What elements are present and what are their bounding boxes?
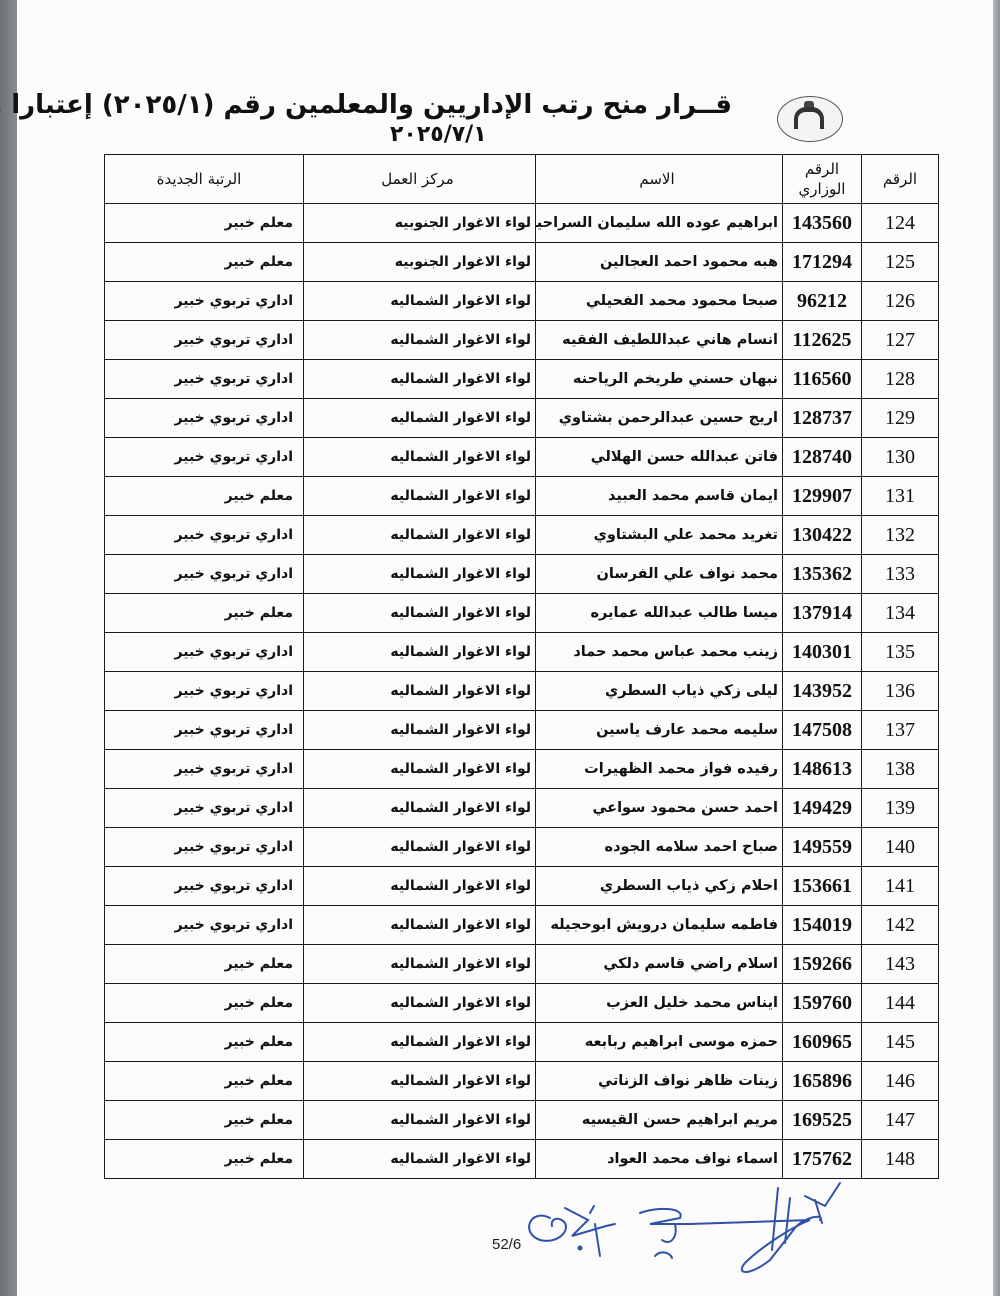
cell-ministry-number: 96212 [783, 282, 862, 321]
cell-number: 138 [862, 750, 939, 789]
cell-name: احلام زكي ذياب السطري [536, 867, 783, 906]
header-number: الرقم [862, 155, 939, 204]
cell-work-center: لواء الاغوار الشماليه [304, 282, 536, 321]
cell-number: 141 [862, 867, 939, 906]
table-header-row: الرقم الرقم الوزاري الاسم مركز العمل الر… [105, 155, 939, 204]
cell-number: 137 [862, 711, 939, 750]
cell-new-rank: اداري تربوي خبير [105, 711, 304, 750]
cell-new-rank: معلم خبير [105, 477, 304, 516]
ministry-emblem-icon [777, 96, 843, 142]
cell-work-center: لواء الاغوار الشماليه [304, 399, 536, 438]
cell-new-rank: معلم خبير [105, 945, 304, 984]
cell-new-rank: اداري تربوي خبير [105, 321, 304, 360]
cell-name: انسام هاني عبداللطيف الفقيه [536, 321, 783, 360]
cell-ministry-number: 129907 [783, 477, 862, 516]
scan-edge-right [993, 0, 1000, 1296]
cell-number: 145 [862, 1023, 939, 1062]
cell-ministry-number: 143952 [783, 672, 862, 711]
cell-number: 126 [862, 282, 939, 321]
cell-number: 143 [862, 945, 939, 984]
cell-name: فاتن عبدالله حسن الهلالي [536, 438, 783, 477]
cell-name: ايناس محمد خليل العزب [536, 984, 783, 1023]
cell-new-rank: معلم خبير [105, 243, 304, 282]
cell-new-rank: اداري تربوي خبير [105, 399, 304, 438]
cell-number: 135 [862, 633, 939, 672]
header-name: الاسم [536, 155, 783, 204]
cell-number: 140 [862, 828, 939, 867]
cell-work-center: لواء الاغوار الشماليه [304, 750, 536, 789]
cell-ministry-number: 159760 [783, 984, 862, 1023]
cell-ministry-number: 149559 [783, 828, 862, 867]
cell-work-center: لواء الاغوار الشماليه [304, 321, 536, 360]
cell-new-rank: اداري تربوي خبير [105, 516, 304, 555]
cell-work-center: لواء الاغوار الشماليه [304, 672, 536, 711]
cell-number: 133 [862, 555, 939, 594]
cell-new-rank: اداري تربوي خبير [105, 867, 304, 906]
cell-work-center: لواء الاغوار الشماليه [304, 438, 536, 477]
cell-name: احمد حسن محمود سواعي [536, 789, 783, 828]
table-row: 143159266اسلام راضي قاسم دلكيلواء الاغوا… [105, 945, 939, 984]
cell-number: 146 [862, 1062, 939, 1101]
table-row: 124143560ابراهيم عوده الله سليمان السراح… [105, 204, 939, 243]
cell-work-center: لواء الاغوار الشماليه [304, 516, 536, 555]
cell-number: 148 [862, 1140, 939, 1179]
signature-1-icon [529, 1206, 615, 1256]
table-row: 135140301زينب محمد عباس محمد حمادلواء ال… [105, 633, 939, 672]
cell-name: ميسا طالب عبدالله عمايره [536, 594, 783, 633]
cell-ministry-number: 149429 [783, 789, 862, 828]
cell-new-rank: اداري تربوي خبير [105, 906, 304, 945]
cell-name: اسلام راضي قاسم دلكي [536, 945, 783, 984]
cell-new-rank: معلم خبير [105, 204, 304, 243]
cell-number: 127 [862, 321, 939, 360]
header-new-rank: الرتبة الجديدة [105, 155, 304, 204]
table-row: 138148613رفيده فواز محمد الظهيراتلواء ال… [105, 750, 939, 789]
cell-ministry-number: 154019 [783, 906, 862, 945]
table-row: 128116560نبهان حسني طريخم الرياحنهلواء ا… [105, 360, 939, 399]
cell-work-center: لواء الاغوار الشماليه [304, 789, 536, 828]
cell-name: فاطمه سليمان درويش ابوحجيله [536, 906, 783, 945]
cell-number: 134 [862, 594, 939, 633]
cell-name: محمد نواف علي الفرسان [536, 555, 783, 594]
table-row: 142154019فاطمه سليمان درويش ابوحجيلهلواء… [105, 906, 939, 945]
cell-name: نبهان حسني طريخم الرياحنه [536, 360, 783, 399]
cell-ministry-number: 128737 [783, 399, 862, 438]
table-row: 133135362محمد نواف علي الفرسانلواء الاغو… [105, 555, 939, 594]
table-row: 147169525مريم ابراهيم حسن القيسيهلواء ال… [105, 1101, 939, 1140]
cell-name: سليمه محمد عارف ياسين [536, 711, 783, 750]
cell-number: 129 [862, 399, 939, 438]
cell-name: زينب محمد عباس محمد حماد [536, 633, 783, 672]
table-row: 130128740فاتن عبدالله حسن الهلاليلواء ال… [105, 438, 939, 477]
cell-ministry-number: 130422 [783, 516, 862, 555]
cell-ministry-number: 135362 [783, 555, 862, 594]
cell-name: زينات ظاهر نواف الزناتي [536, 1062, 783, 1101]
cell-work-center: لواء الاغوار الشماليه [304, 555, 536, 594]
cell-work-center: لواء الاغوار الشماليه [304, 867, 536, 906]
table-row: 137147508سليمه محمد عارف ياسينلواء الاغو… [105, 711, 939, 750]
cell-ministry-number: 147508 [783, 711, 862, 750]
table-row: 131129907ايمان قاسم محمد العبيدلواء الاغ… [105, 477, 939, 516]
cell-work-center: لواء الاغوار الشماليه [304, 1062, 536, 1101]
table-row: 146165896زينات ظاهر نواف الزناتيلواء الا… [105, 1062, 939, 1101]
table-row: 145160965حمزه موسى ابراهيم ربابعهلواء ال… [105, 1023, 939, 1062]
cell-work-center: لواء الاغوار الشماليه [304, 477, 536, 516]
cell-ministry-number: 153661 [783, 867, 862, 906]
emblem-arch-icon [794, 107, 824, 129]
cell-work-center: لواء الاغوار الشماليه [304, 984, 536, 1023]
cell-work-center: لواء الاغوار الجنوبيه [304, 243, 536, 282]
cell-ministry-number: 165896 [783, 1062, 862, 1101]
cell-new-rank: اداري تربوي خبير [105, 789, 304, 828]
cell-name: ايمان قاسم محمد العبيد [536, 477, 783, 516]
document-title-date: ٢٠٢٥/٧/١ [390, 122, 487, 147]
cell-work-center: لواء الاغوار الشماليه [304, 945, 536, 984]
cell-new-rank: اداري تربوي خبير [105, 828, 304, 867]
cell-new-rank: اداري تربوي خبير [105, 672, 304, 711]
cell-name: صباح احمد سلامه الجوده [536, 828, 783, 867]
cell-ministry-number: 128740 [783, 438, 862, 477]
cell-number: 144 [862, 984, 939, 1023]
table-row: 148175762اسماء نواف محمد العوادلواء الاغ… [105, 1140, 939, 1179]
cell-number: 130 [862, 438, 939, 477]
cell-ministry-number: 112625 [783, 321, 862, 360]
cell-ministry-number: 116560 [783, 360, 862, 399]
cell-new-rank: معلم خبير [105, 1062, 304, 1101]
cell-ministry-number: 175762 [783, 1140, 862, 1179]
cell-new-rank: معلم خبير [105, 984, 304, 1023]
cell-name: تغريد محمد علي البشتاوي [536, 516, 783, 555]
cell-new-rank: اداري تربوي خبير [105, 633, 304, 672]
scan-edge-left [0, 0, 17, 1296]
cell-number: 139 [862, 789, 939, 828]
signature-2-icon [640, 1209, 690, 1258]
cell-ministry-number: 137914 [783, 594, 862, 633]
cell-new-rank: معلم خبير [105, 1140, 304, 1179]
cell-number: 147 [862, 1101, 939, 1140]
cell-name: اريج حسين عبدالرحمن بشتاوي [536, 399, 783, 438]
cell-name: ليلى زكي ذياب السطري [536, 672, 783, 711]
cell-name: رفيده فواز محمد الظهيرات [536, 750, 783, 789]
cell-ministry-number: 143560 [783, 204, 862, 243]
header-ministry-number-line1: الرقم [783, 159, 861, 179]
cell-number: 124 [862, 204, 939, 243]
cell-number: 132 [862, 516, 939, 555]
cell-new-rank: معلم خبير [105, 594, 304, 633]
cell-ministry-number: 160965 [783, 1023, 862, 1062]
table-row: 132130422تغريد محمد علي البشتاويلواء الا… [105, 516, 939, 555]
header-ministry-number-line2: الوزاري [783, 179, 861, 199]
cell-ministry-number: 171294 [783, 243, 862, 282]
cell-name: اسماء نواف محمد العواد [536, 1140, 783, 1179]
cell-new-rank: اداري تربوي خبير [105, 360, 304, 399]
cell-ministry-number: 140301 [783, 633, 862, 672]
table-body: 124143560ابراهيم عوده الله سليمان السراح… [105, 204, 939, 1179]
cell-work-center: لواء الاغوار الشماليه [304, 360, 536, 399]
cell-ministry-number: 169525 [783, 1101, 862, 1140]
table-row: 139149429احمد حسن محمود سواعيلواء الاغوا… [105, 789, 939, 828]
cell-new-rank: معلم خبير [105, 1101, 304, 1140]
table-row: 134137914ميسا طالب عبدالله عمايرهلواء ال… [105, 594, 939, 633]
cell-number: 128 [862, 360, 939, 399]
cell-work-center: لواء الاغوار الشماليه [304, 828, 536, 867]
cell-work-center: لواء الاغوار الجنوبيه [304, 204, 536, 243]
cell-name: صبحا محمود محمد الفحيلي [536, 282, 783, 321]
table-row: 144159760ايناس محمد خليل العزبلواء الاغو… [105, 984, 939, 1023]
document-title: قــرار منح رتب الإداريين والمعلمين رقم (… [0, 90, 732, 120]
cell-work-center: لواء الاغوار الشماليه [304, 906, 536, 945]
cell-new-rank: اداري تربوي خبير [105, 438, 304, 477]
cell-ministry-number: 159266 [783, 945, 862, 984]
cell-number: 142 [862, 906, 939, 945]
promotions-table: الرقم الرقم الوزاري الاسم مركز العمل الر… [104, 154, 939, 1179]
cell-new-rank: اداري تربوي خبير [105, 555, 304, 594]
cell-number: 136 [862, 672, 939, 711]
cell-new-rank: معلم خبير [105, 1023, 304, 1062]
cell-name: حمزه موسى ابراهيم ربابعه [536, 1023, 783, 1062]
cell-work-center: لواء الاغوار الشماليه [304, 711, 536, 750]
cell-work-center: لواء الاغوار الشماليه [304, 1140, 536, 1179]
cell-name: مريم ابراهيم حسن القيسيه [536, 1101, 783, 1140]
cell-name: هبه محمود احمد العجالين [536, 243, 783, 282]
cell-work-center: لواء الاغوار الشماليه [304, 633, 536, 672]
header-ministry-number: الرقم الوزاري [783, 155, 862, 204]
cell-ministry-number: 148613 [783, 750, 862, 789]
cell-new-rank: اداري تربوي خبير [105, 750, 304, 789]
cell-work-center: لواء الاغوار الشماليه [304, 1023, 536, 1062]
cell-number: 125 [862, 243, 939, 282]
table-row: 141153661احلام زكي ذياب السطريلواء الاغو… [105, 867, 939, 906]
table-row: 127112625انسام هاني عبداللطيف الفقيهلواء… [105, 321, 939, 360]
header-work-center: مركز العمل [304, 155, 536, 204]
table-row: 125171294هبه محمود احمد العجالينلواء الا… [105, 243, 939, 282]
cell-number: 131 [862, 477, 939, 516]
table-row: 12696212صبحا محمود محمد الفحيليلواء الاغ… [105, 282, 939, 321]
cell-new-rank: اداري تربوي خبير [105, 282, 304, 321]
signatures [510, 1178, 970, 1288]
cell-name: ابراهيم عوده الله سليمان السراحين [536, 204, 783, 243]
cell-work-center: لواء الاغوار الشماليه [304, 594, 536, 633]
table-row: 140149559صباح احمد سلامه الجودهلواء الاغ… [105, 828, 939, 867]
table-row: 129128737اريج حسين عبدالرحمن بشتاويلواء … [105, 399, 939, 438]
signature-3-icon [690, 1183, 840, 1272]
cell-work-center: لواء الاغوار الشماليه [304, 1101, 536, 1140]
table-row: 136143952ليلى زكي ذياب السطريلواء الاغوا… [105, 672, 939, 711]
